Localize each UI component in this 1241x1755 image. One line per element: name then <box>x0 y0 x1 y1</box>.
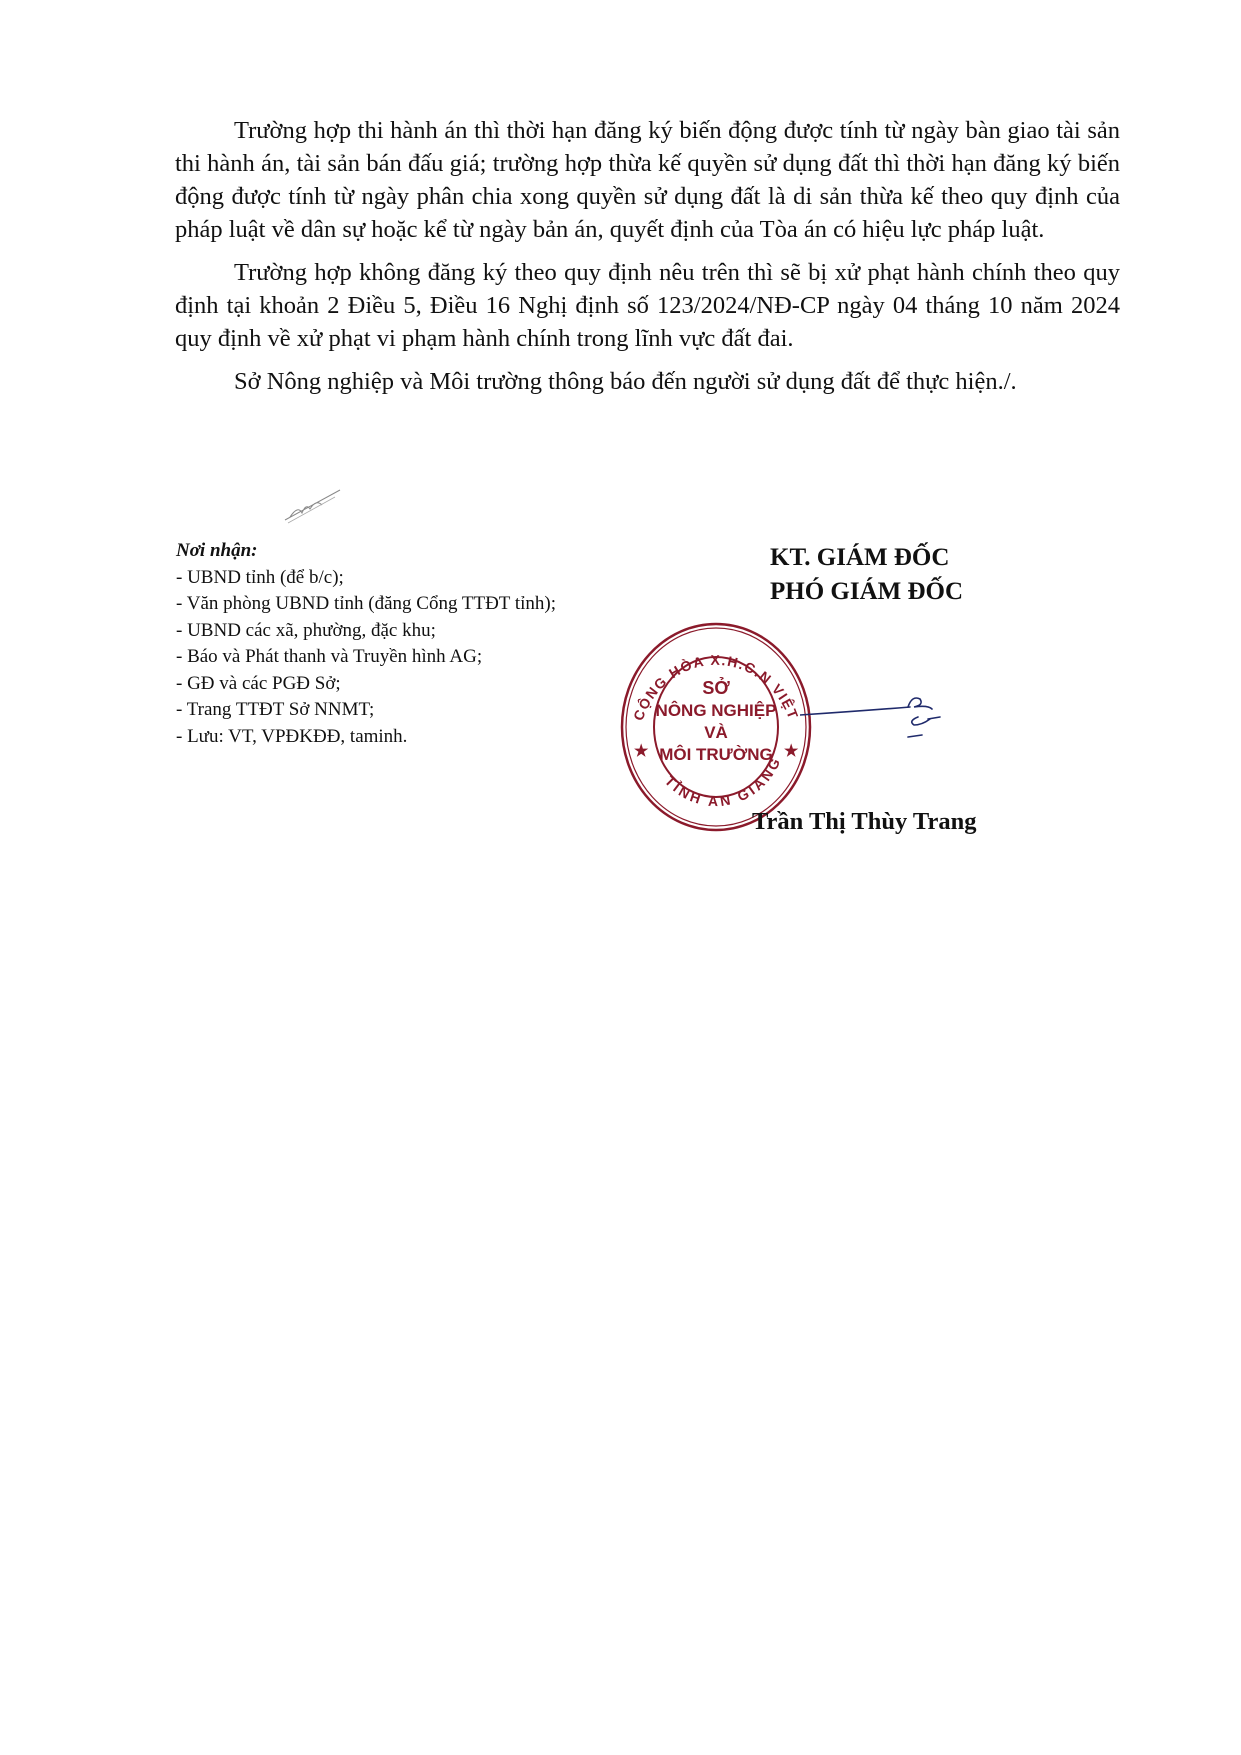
recipient-item: - Lưu: VT, VPĐKĐĐ, taminh. <box>176 724 616 751</box>
svg-text:VÀ: VÀ <box>704 723 728 742</box>
paragraph-enforcement: Trường hợp thi hành án thì thời hạn đăng… <box>175 114 1120 246</box>
recipient-item: - Văn phòng UBND tỉnh (đăng Cổng TTĐT tỉ… <box>176 591 616 618</box>
paragraph-penalty: Trường hợp không đăng ký theo quy định n… <box>175 256 1120 355</box>
svg-text:SỞ: SỞ <box>702 677 730 698</box>
paragraph-notice: Sở Nông nghiệp và Môi trường thông báo đ… <box>175 365 1120 398</box>
recipients-list: Nơi nhận: - UBND tỉnh (để b/c); - Văn ph… <box>176 538 616 750</box>
svg-text:★: ★ <box>784 743 799 760</box>
signature-title-line2: PHÓ GIÁM ĐỐC <box>770 575 1030 609</box>
recipient-item: - Báo và Phát thanh và Truyền hình AG; <box>176 644 616 671</box>
recipient-item: - GĐ và các PGĐ Sở; <box>176 671 616 698</box>
recipient-item: - UBND các xã, phường, đặc khu; <box>176 618 616 645</box>
svg-text:★: ★ <box>634 743 649 760</box>
signature-title: KT. GIÁM ĐỐC PHÓ GIÁM ĐỐC <box>770 541 1030 609</box>
recipient-item: - Trang TTĐT Sở NNMT; <box>176 697 616 724</box>
official-stamp-icon: CỘNG HÒA X.H.C.N VIỆT NAM TỈNH AN GIANG … <box>618 612 814 834</box>
document-body: Trường hợp thi hành án thì thời hạn đăng… <box>175 114 1120 408</box>
svg-text:NÔNG NGHIỆP: NÔNG NGHIỆP <box>656 701 777 720</box>
svg-text:MÔI TRƯỜNG: MÔI TRƯỜNG <box>659 745 773 764</box>
recipient-item: - UBND tỉnh (để b/c); <box>176 565 616 592</box>
signature-title-line1: KT. GIÁM ĐỐC <box>770 541 1030 575</box>
initials-mark-icon <box>280 485 350 525</box>
handwritten-signature-icon <box>800 685 960 745</box>
document-page: Trường hợp thi hành án thì thời hạn đăng… <box>0 0 1241 1755</box>
recipients-title: Nơi nhận: <box>176 538 616 565</box>
signer-name: Trần Thị Thùy Trang <box>752 808 976 836</box>
